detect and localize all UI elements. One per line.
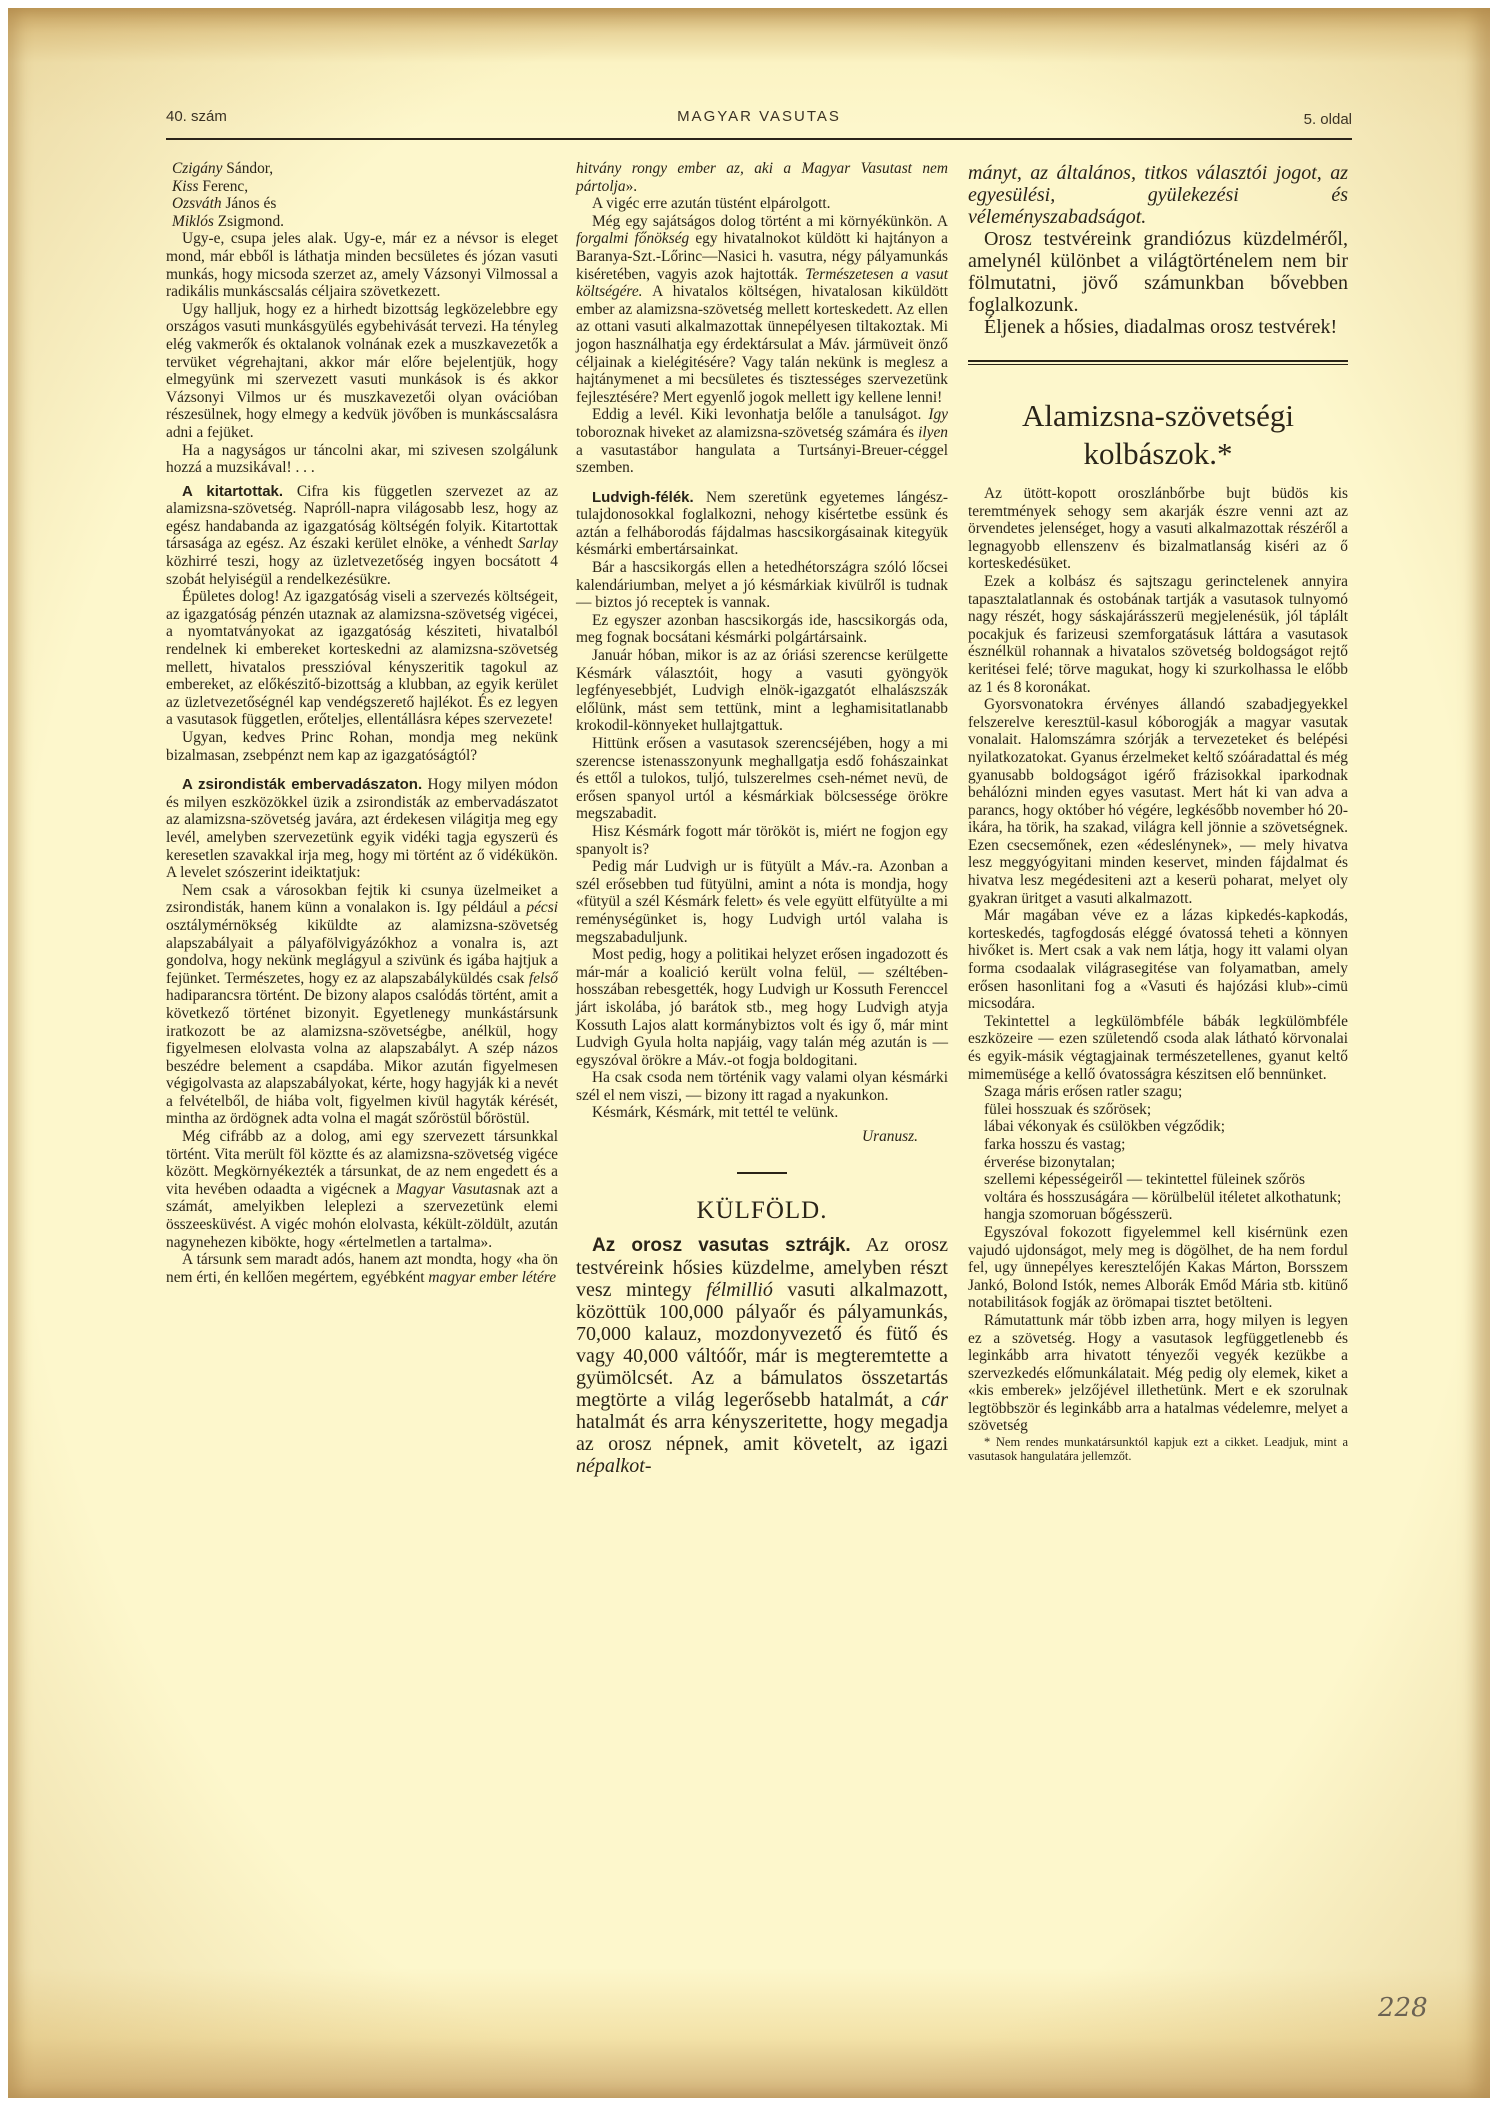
emphasis: félmillió [706,1279,773,1301]
text: A hivatalos költségen, hivatalosan kikül… [576,283,948,406]
verse-line: szellemi képességeiről — tekintettel fül… [984,1171,1348,1206]
paragraph: Éljenek a hősies, diadalmas orosz testvé… [968,316,1348,338]
paragraph-zsirondistak: A zsirondisták embervadászaton. Hogy mil… [166,776,558,882]
emphasis: felső [529,970,558,987]
paragraph: Ugyan, kedves Princ Rohan, mondja meg ne… [166,729,558,764]
name-surname: Ozsváth [172,195,222,212]
column-2: hitvány rongy ember az, aki a Magyar Vas… [576,160,948,1477]
paragraph: Január hóban, mikor is az az óriási szer… [576,647,948,735]
paragraph: Ugy halljuk, hogy ez a hirhedt bizottság… [166,301,558,442]
paragraph: Bár a hascsikorgás ellen a hetedhétorszá… [576,559,948,612]
emphasis: pécsi [526,899,558,916]
section-heading: A kitartottak. [182,483,283,500]
paragraph: Még egy sajátságos dolog történt a mi kö… [576,213,948,407]
column-3: mányt, az általános, titkos választói jo… [968,162,1348,1463]
paragraph: Egyszóval fokozott figyelemmel kell kisé… [968,1224,1348,1312]
article-divider [968,360,1348,365]
section-heading: Ludvigh-félék. [592,489,694,506]
orosz-continuation: mányt, az általános, titkos választói jo… [968,162,1348,338]
header-rule [166,138,1352,140]
paragraph: Rámutattunk már több izben arra, hogy mi… [968,1312,1348,1435]
signature: Uranusz. [576,1128,948,1146]
section-heading: Az orosz vasutas sztrájk. [592,1235,851,1256]
name-given: Zsigmond. [214,213,284,230]
page-number: 5. oldal [1304,111,1352,128]
section-divider [737,1172,787,1174]
name-given: Ferenc, [199,178,249,195]
paragraph: Ezek a kolbász és sajtszagu gerinctelene… [968,573,1348,696]
paragraph: Tekintettel a legkülömbféle bábák legkül… [968,1013,1348,1083]
emphasis: ilyen [918,424,948,441]
name-surname: Czigány [172,160,222,177]
paragraph: Orosz testvéreink grandiózus küzdelméről… [968,228,1348,316]
verse-line: lábai vékonyak és csülökben végződik; [984,1118,1348,1136]
paragraph: hitvány rongy ember az, aki a Magyar Vas… [576,160,948,195]
verse-line: érverése bizonytalan; [984,1154,1348,1172]
text: toboroznak hiveket az alamizsna-szövetsé… [576,424,918,441]
name-given: Sándor, [222,160,273,177]
paragraph: Ugy-e, csupa jeles alak. Ugy-e, már ez a… [166,230,558,300]
emphasis: forgalmi főnökség [576,230,689,247]
page-header: 40. szám MAGYAR VASUTAS 5. oldal [166,108,1352,128]
handwritten-mark: 228 [1378,1993,1428,2023]
column-1: Czigány Sándor, Kiss Ferenc, Ozsváth Ján… [166,160,558,1286]
masthead-title: MAGYAR VASUTAS [166,108,1352,125]
emphasis: cár [921,1389,948,1411]
emphasis: mányt, az általános, titkos választói jo… [968,162,1348,228]
article-title: Alamizsna-szövetségi kolbászok.* [968,397,1348,473]
emphasis: Sarlay [518,535,558,552]
verse-list: Szaga máris erősen ratler szagu; fülei h… [968,1083,1348,1224]
emphasis: magyar ember létére [428,1269,556,1286]
name-given: János és [222,195,277,212]
verse-line: hangja szomoruan bőgésszerü. [984,1206,1348,1224]
paragraph: Késmárk, Késmárk, mit tettél te velünk. [576,1104,948,1122]
paragraph: Az ütött-kopott oroszlánbőrbe bujt büdös… [968,485,1348,573]
paragraph-kitartottak: A kitartottak. Cifra kis független szerv… [166,483,558,589]
paragraph: Ha csak csoda nem történik vagy valami o… [576,1069,948,1104]
paragraph: Ha a nagyságos ur táncolni akar, mi sziv… [166,442,558,477]
text: ». [626,178,638,195]
text: hatalmát és arra kényszeritette, hogy me… [576,1411,948,1455]
paragraph: Gyorsvonatokra érvényes állandó szabadje… [968,696,1348,907]
paragraph: Eddig a levél. Kiki levonhatja belőle a … [576,406,948,476]
paragraph: Még cifrább az a dolog, ami egy szerveze… [166,1128,558,1251]
name-surname: Miklós [172,213,214,230]
paragraph: A vigéc erre azután tüstént elpárolgott. [576,195,948,213]
paragraph: mányt, az általános, titkos választói jo… [968,162,1348,228]
verse-line: fülei hosszuak és szőrösek; [984,1101,1348,1119]
footnote: * Nem rendes munkatársunktól kapjuk ezt … [968,1435,1348,1463]
paragraph: Hittünk erősen a vasutasok szerencséjébe… [576,735,948,823]
text: közhirré teszi, hogy az üzletvezetőség i… [166,553,558,588]
name-surname: Kiss [172,178,199,195]
verse-line: Szaga máris erősen ratler szagu; [984,1083,1348,1101]
paragraph: Ez egyszer azonban hascsikorgás ide, has… [576,612,948,647]
paragraph-orosz-sztrajk: Az orosz vasutas sztrájk. Az orosz testv… [576,1234,948,1477]
paragraph: Nem csak a városokban fejtik ki csunya ü… [166,882,558,1128]
paragraph: Épületes dolog! Az igazgatóság viseli a … [166,588,558,729]
text: osztálymérnökség kiküldte az alamizsna-s… [166,917,558,987]
paragraph: Pedig már Ludvigh ur is fütyült a Máv.-r… [576,858,948,946]
paragraph: Most pedig, hogy a politikai helyzet erő… [576,946,948,1069]
section-heading: A zsirondisták embervadászaton. [182,776,422,793]
signature-text: Uranusz. [862,1128,918,1145]
paragraph: Hisz Késmárk fogott már törököt is, miér… [576,823,948,858]
text: hadiparancsra történt. De bizony alapos … [166,987,558,1127]
emphasis: Igy [928,406,948,423]
emphasis: népalkot- [576,1455,652,1477]
newspaper-page: 40. szám MAGYAR VASUTAS 5. oldal Czigány… [8,8,1490,2098]
paragraph-ludvigh: Ludvigh-félék. Nem szeretünk egyetemes l… [576,489,948,559]
text: Nem csak a városokban fejtik ki csunya ü… [166,882,558,917]
section-title-kulfold: KÜLFÖLD. [576,1196,948,1226]
text: Még egy sajátságos dolog történt a mi kö… [592,213,948,230]
text: a vasutastábor hangulata a Turtsányi-Bre… [576,442,948,477]
emphasis: Magyar Vasutas [396,1181,498,1198]
paragraph: A társunk sem maradt adós, hanem azt mon… [166,1251,558,1286]
paragraph: Már magában véve ez a lázas kipkedés-kap… [968,907,1348,1013]
verse-line: farka hosszu és vastag; [984,1136,1348,1154]
text: Eddig a levél. Kiki levonhatja belőle a … [592,406,928,423]
name-list: Czigány Sándor, Kiss Ferenc, Ozsváth Ján… [166,160,558,230]
